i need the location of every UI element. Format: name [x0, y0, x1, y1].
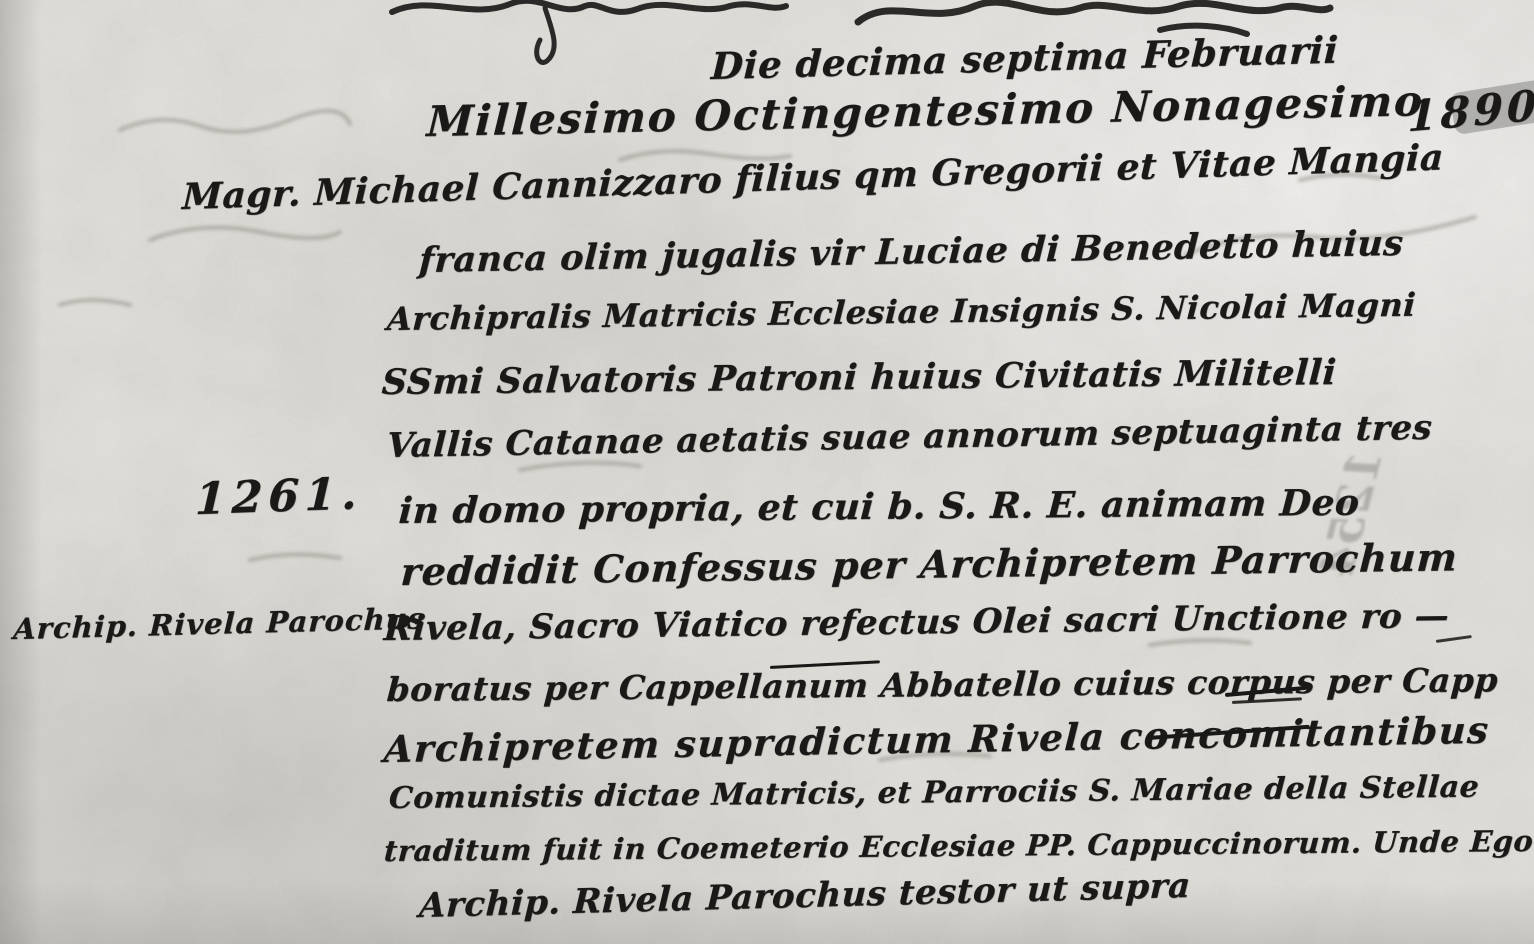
manuscript-line: Vallis Catanae aetatis suae annorum sept…	[386, 408, 1433, 466]
manuscript-line: reddidit Confessus per Archipretem Parro…	[399, 534, 1459, 594]
year-annotation: 1890	[1407, 80, 1534, 141]
record-number: 1261.	[194, 468, 363, 525]
manuscript-line: Archipralis Matricis Ecclesiae Insignis …	[386, 286, 1417, 338]
manuscript-line-signature: Archip. Rivela Parochus testor ut supra	[418, 866, 1191, 926]
manuscript-line: franca olim jugalis vir Luciae di Benede…	[418, 223, 1405, 281]
manuscript-line: boratus per Cappellanum Abbatello cuius …	[386, 660, 1500, 709]
margin-dash	[1436, 635, 1472, 643]
manuscript-line: Rivela, Sacro Viatico refectus Olei sacr…	[383, 596, 1451, 649]
manuscript-line: Comunistis dictae Matricis, et Parrociis…	[388, 770, 1480, 816]
manuscript-line-year: Millesimo Octingentesimo Nonagesimo	[426, 76, 1426, 146]
margin-signature: Archip. Rivela Parochus	[13, 601, 426, 646]
manuscript-line: Archipretem supradictum Rivela concomita…	[383, 708, 1491, 771]
manuscript-line: Magr. Michael Cannizzaro filius qm Grego…	[181, 136, 1444, 218]
manuscript-line: traditum fuit in Coemeterio Ecclesiae PP…	[383, 824, 1534, 868]
manuscript-line: SSmi Salvatoris Patroni huius Civitatis …	[381, 352, 1338, 403]
manuscript-page: 1890 1261. Archip. Rivela Parochus 1254 …	[0, 0, 1534, 944]
manuscript-line: in domo propria, et cui b. S. R. E. anim…	[397, 482, 1360, 532]
